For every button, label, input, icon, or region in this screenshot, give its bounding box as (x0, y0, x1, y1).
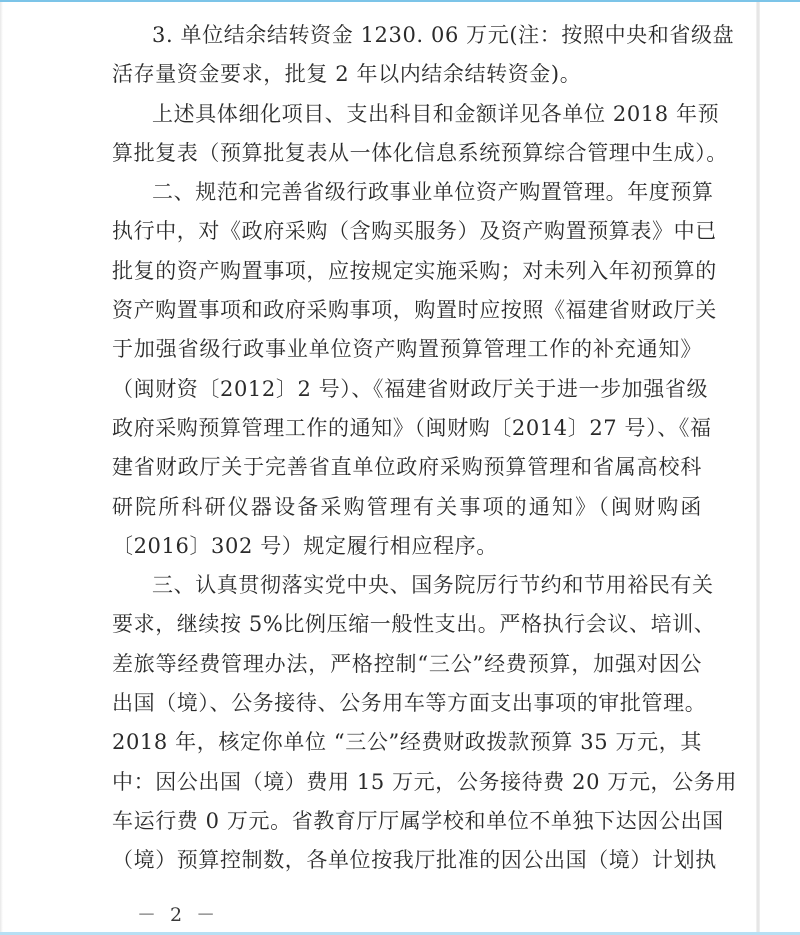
text-line: （境）预算控制数，各单位按我厅批准的因公出国（境）计划执 (112, 841, 702, 880)
text-line: 车运行费 0 万元。省教育厅厅属学校和单位不单独下达因公出国 (112, 802, 702, 841)
text-line: （闽财资〔2012〕2 号）、《福建省财政厅关于进一步加强省级 (112, 370, 702, 409)
page-number: － 2 － (137, 900, 219, 927)
scan-left-edge (0, 2, 3, 932)
window-top-border (0, 0, 800, 2)
text-line: 上述具体细化项目、支出科目和金额详见各单位 2018 年预 (112, 95, 702, 134)
text-line: 三、认真贯彻落实党中央、国务院厉行节约和节用裕民有关 (112, 566, 702, 605)
text-line: 算批复表（预算批复表从一体化信息系统预算综合管理中生成）。 (112, 134, 702, 173)
text-line: 差旅等经费管理办法，严格控制“三公”经费预算，加强对因公 (112, 645, 702, 684)
paragraph-asset-purchase-management: 二、规范和完善省级行政事业单位资产购置管理。年度预算 执行中，对《政府采购（含购… (112, 173, 702, 566)
text-line: 政府采购预算管理工作的通知》（闽财购〔2014〕27 号）、《福 (112, 409, 702, 448)
text-line: 研院所科研仪器设备采购管理有关事项的通知》（闽财购函 (112, 488, 702, 527)
text-line: 建省财政厅关于完善省直单位政府采购预算管理和省属高校科 (112, 448, 702, 487)
text-line: 〔2016〕302 号）规定履行相应程序。 (112, 527, 702, 566)
paragraph-carryover-funds: 3. 单位结余结转资金 1230. 06 万元(注：按照中央和省级盘 活存量资金… (112, 16, 702, 95)
text-line: 中：因公出国（境）费用 15 万元，公务接待费 20 万元，公务用 (112, 763, 702, 802)
text-line: 活存量资金要求，批复 2 年以内结余结转资金)。 (112, 55, 702, 94)
text-line: 2018 年，核定你单位 “三公”经费财政拨款预算 35 万元，其 (112, 723, 702, 762)
text-line: 批复的资产购置事项，应按规定实施采购；对未列入年初预算的 (112, 252, 702, 291)
text-line: 3. 单位结余结转资金 1230. 06 万元(注：按照中央和省级盘 (112, 16, 702, 55)
paragraph-frugality-three-public-expenses: 三、认真贯彻落实党中央、国务院厉行节约和节用裕民有关 要求，继续按 5%比例压缩… (112, 566, 702, 880)
text-line: 二、规范和完善省级行政事业单位资产购置管理。年度预算 (112, 173, 702, 212)
text-line: 出国（境）、公务接待、公务用车等方面支出事项的审批管理。 (112, 684, 702, 723)
text-line: 执行中，对《政府采购（含购买服务）及资产购置预算表》中已 (112, 212, 702, 251)
text-line: 于加强省级行政事业单位资产购置预算管理工作的补充通知》 (112, 330, 702, 369)
text-line: 资产购置事项和政府采购事项，购置时应按照《福建省财政厅关 (112, 291, 702, 330)
document-page: 3. 单位结余结转资金 1230. 06 万元(注：按照中央和省级盘 活存量资金… (112, 16, 702, 881)
paragraph-budget-approval-table: 上述具体细化项目、支出科目和金额详见各单位 2018 年预 算批复表（预算批复表… (112, 95, 702, 174)
scan-right-edge-shadow (756, 2, 760, 932)
text-line: 要求，继续按 5%比例压缩一般性支出。严格执行会议、培训、 (112, 605, 702, 644)
